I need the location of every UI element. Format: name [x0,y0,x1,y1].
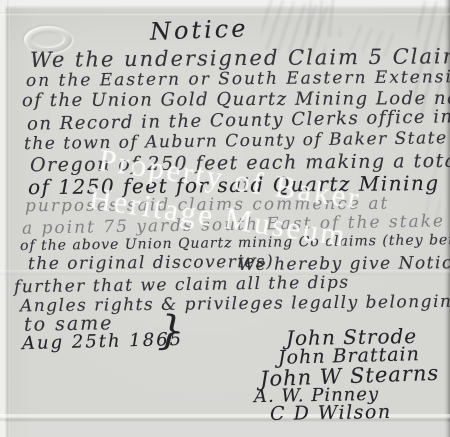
page-edge-top [0,0,450,9]
scanned-document: Notice We the undersigned Claim 5 Claims… [0,0,450,437]
handwritten-line: We hereby give Notice [238,253,450,275]
page-edge-left [0,0,7,437]
document-title: Notice [150,14,249,45]
left-fold-line [7,0,10,437]
date-brace: } [157,308,184,355]
bottom-paper-strip [0,422,450,437]
signature: C D Wilson [270,401,392,425]
embossed-seal-ring [31,31,65,48]
